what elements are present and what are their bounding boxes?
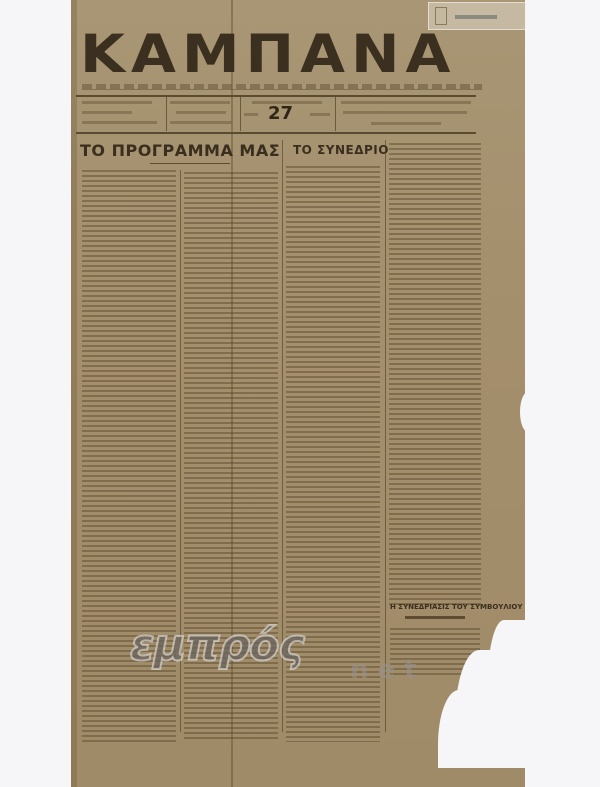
info-box-right bbox=[335, 97, 477, 131]
info-box-center-left bbox=[166, 97, 241, 131]
inset-box-subline bbox=[405, 616, 465, 619]
torn-notch bbox=[520, 392, 536, 432]
column-rule bbox=[385, 140, 386, 732]
divider bbox=[76, 132, 476, 134]
issue-number: 27 bbox=[268, 103, 293, 124]
masthead-title: ΚΑΜΠΑΝΑ bbox=[80, 27, 480, 81]
headline-congress: ΤΟ ΣΥΝΕΔΡΙΟ bbox=[293, 143, 389, 157]
stamp-text bbox=[455, 15, 497, 19]
watermark-logo: εμπρός bbox=[130, 620, 303, 671]
info-box-left bbox=[76, 97, 167, 131]
headline-program: ΤΟ ΠΡΟΓΡΑΜΜΑ ΜΑΣ bbox=[80, 141, 280, 160]
headline-underline bbox=[150, 163, 230, 164]
masthead-tagline bbox=[82, 84, 482, 90]
inset-box-heading: Η ΣΥΝΕΔΡΙΑΣΙΣ ΤΟΥ ΣΥΜΒΟΥΛΙΟΥ bbox=[390, 603, 522, 611]
article-column bbox=[389, 143, 481, 607]
watermark-suffix: net bbox=[350, 655, 426, 685]
stamp-mark-icon bbox=[435, 7, 447, 25]
